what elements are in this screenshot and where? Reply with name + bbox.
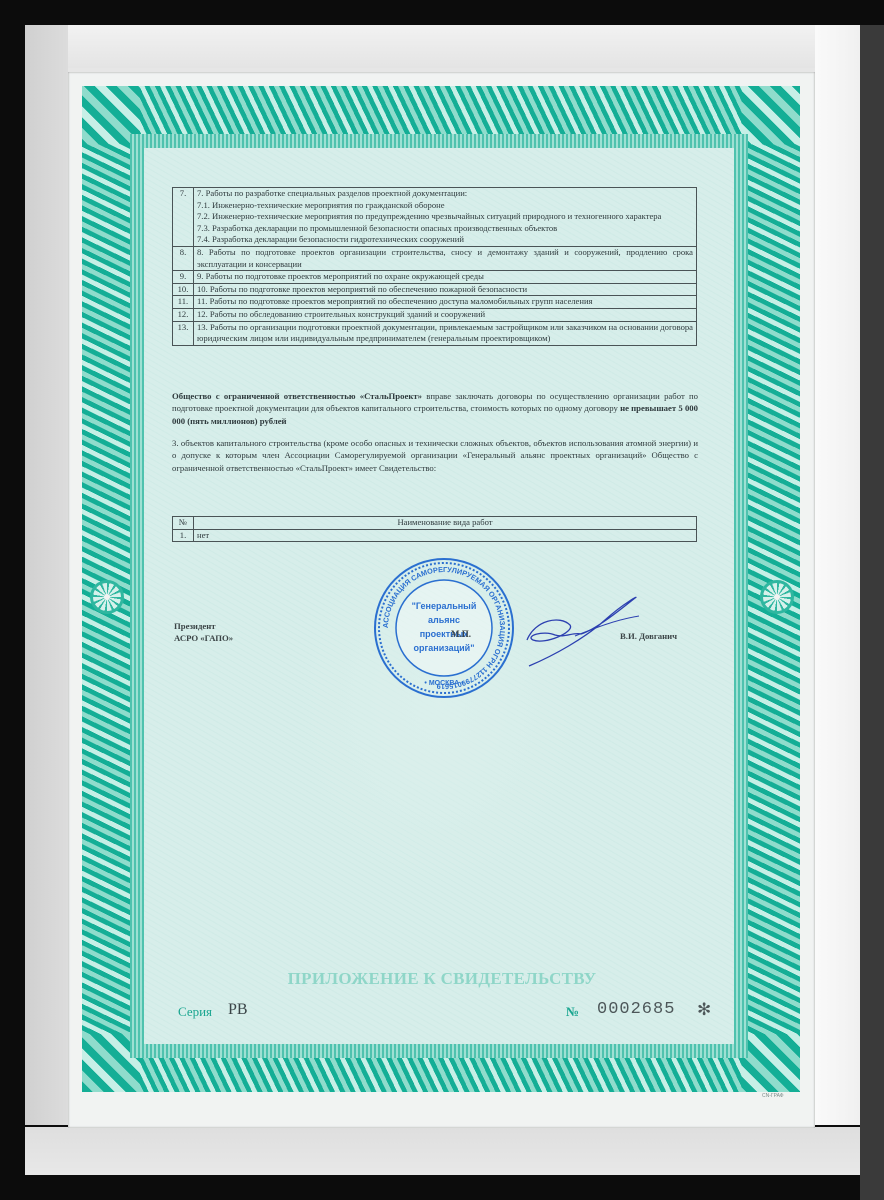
svg-text:"Генеральный: "Генеральный bbox=[412, 601, 477, 611]
table-row: 8.8. Работы по подготовке проектов орган… bbox=[173, 246, 697, 270]
appendix-title: ПРИЛОЖЕНИЕ К СВИДЕТЕЛЬСТВУ bbox=[0, 969, 884, 989]
number-label: № bbox=[566, 1004, 579, 1020]
row-number: 9. bbox=[173, 271, 194, 284]
work-item-text: 13. Работы по организации подготовки про… bbox=[197, 322, 693, 345]
table-row: 7.7. Работы по разработке специальных ра… bbox=[173, 188, 697, 247]
svg-text:альянс: альянс bbox=[428, 615, 460, 625]
permission-paragraph: Общество с ограниченной ответственностью… bbox=[172, 390, 698, 427]
work-item-text: 11. Работы по подготовке проектов меропр… bbox=[197, 296, 693, 308]
svg-text:организаций": организаций" bbox=[414, 643, 475, 653]
row-description: 7. Работы по разработке специальных разд… bbox=[194, 188, 697, 247]
asterisk-icon: ✻ bbox=[697, 1000, 711, 1020]
works-table-container: 7.7. Работы по разработке специальных ра… bbox=[172, 187, 698, 346]
table-row: 1. нет bbox=[173, 529, 697, 542]
work-item-text: 10. Работы по подготовке проектов меропр… bbox=[197, 284, 693, 296]
table-row: 10.10. Работы по подготовке проектов мер… bbox=[173, 283, 697, 296]
right-medallion-icon bbox=[760, 580, 794, 614]
signatory-title-line1: Президент bbox=[174, 620, 233, 632]
row-number: 11. bbox=[173, 296, 194, 309]
row-number: 7. bbox=[173, 188, 194, 247]
row-number: 8. bbox=[173, 246, 194, 270]
signatory-title-line2: АСРО «ГАПО» bbox=[174, 632, 233, 644]
frame-mat-top bbox=[25, 25, 860, 68]
work-item-text: 12. Работы по обследованию строительных … bbox=[197, 309, 693, 321]
work-item-text: 8. Работы по подготовке проектов организ… bbox=[197, 247, 693, 270]
row-number: 13. bbox=[173, 321, 194, 345]
row-number: 12. bbox=[173, 308, 194, 321]
row-num: 1. bbox=[173, 529, 194, 542]
work-item-text: 7. Работы по разработке специальных разд… bbox=[197, 188, 693, 200]
table-row: 11.11. Работы по подготовке проектов мер… bbox=[173, 296, 697, 309]
signature-scribble bbox=[515, 590, 645, 670]
frame-mat-bottom bbox=[25, 1127, 860, 1175]
signatory-title: Президент АСРО «ГАПО» bbox=[174, 620, 233, 644]
printer-mark: CN-ГРАФ bbox=[762, 1093, 784, 1099]
work-kind-table: № Наименование вида работ 1. нет bbox=[172, 516, 697, 542]
row-name: нет bbox=[194, 529, 697, 542]
company-name-bold: Общество с ограниченной ответственностью… bbox=[172, 391, 422, 401]
row-description: 9. Работы по подготовке проектов меропри… bbox=[194, 271, 697, 284]
header-name: Наименование вида работ bbox=[194, 517, 697, 530]
work-item-text: 7.4. Разработка декларации безопасности … bbox=[197, 234, 693, 246]
left-medallion-icon bbox=[90, 580, 124, 614]
table-row: 13.13. Работы по организации подготовки … bbox=[173, 321, 697, 345]
work-item-text: 7.1. Инженерно-технические мероприятия п… bbox=[197, 200, 693, 212]
frame-edge-right bbox=[860, 25, 884, 1200]
frame-mat-right bbox=[815, 25, 860, 1125]
row-description: 8. Работы по подготовке проектов организ… bbox=[194, 246, 697, 270]
row-description: 13. Работы по организации подготовки про… bbox=[194, 321, 697, 345]
table-header-row: № Наименование вида работ bbox=[173, 517, 697, 530]
svg-text:М.П.: М.П. bbox=[451, 629, 471, 639]
svg-text:• МОСКВА •: • МОСКВА • bbox=[424, 680, 464, 687]
series-label: Серия bbox=[178, 1004, 212, 1020]
row-description: 11. Работы по подготовке проектов меропр… bbox=[194, 296, 697, 309]
series-value: РВ bbox=[228, 1001, 248, 1019]
work-item-text: 9. Работы по подготовке проектов меропри… bbox=[197, 271, 693, 283]
header-num: № bbox=[173, 517, 194, 530]
table-row: 12.12. Работы по обследованию строительн… bbox=[173, 308, 697, 321]
work-item-text: 7.3. Разработка декларации по промышленн… bbox=[197, 223, 693, 235]
objects-paragraph: 3. объектов капитального строительства (… bbox=[172, 437, 698, 474]
serial-number: 0002685 bbox=[597, 1000, 675, 1019]
frame-mat-left bbox=[25, 25, 68, 1125]
work-item-text: 7.2. Инженерно-технические мероприятия п… bbox=[197, 211, 693, 223]
table-row: 9.9. Работы по подготовке проектов мероп… bbox=[173, 271, 697, 284]
row-description: 10. Работы по подготовке проектов меропр… bbox=[194, 283, 697, 296]
row-description: 12. Работы по обследованию строительных … bbox=[194, 308, 697, 321]
row-number: 10. bbox=[173, 283, 194, 296]
organization-stamp: АССОЦИАЦИЯ САМОРЕГУЛИРУЕМАЯ ОРГАНИЗАЦИЯ … bbox=[373, 557, 515, 699]
works-table: 7.7. Работы по разработке специальных ра… bbox=[172, 187, 697, 346]
signatory-name: В.И. Довганич bbox=[620, 631, 677, 641]
